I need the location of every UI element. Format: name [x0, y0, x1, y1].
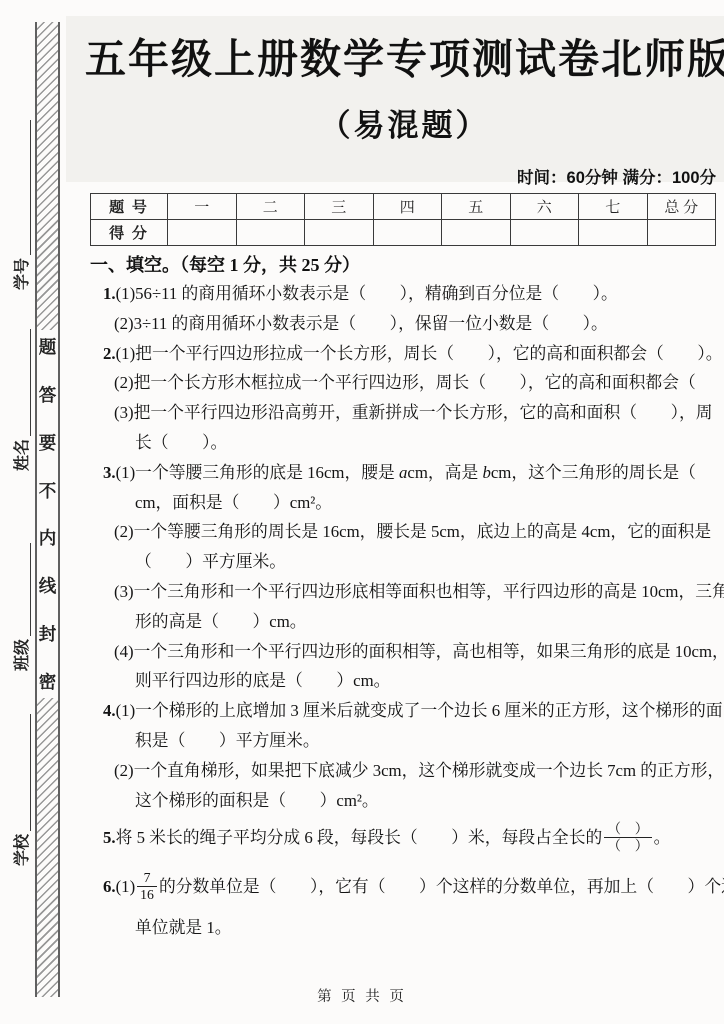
score-table-corner-cell: 题 号: [91, 194, 168, 220]
question-number: 1.: [103, 284, 116, 303]
score-table-col-header: 二: [236, 194, 305, 220]
score-table-header-row: 题 号一二三四五六七总 分: [91, 194, 716, 220]
fraction: （ ）（ ）: [604, 821, 651, 854]
question-line: 积是（ ）平方厘米。: [90, 726, 722, 756]
seal-field-school: 学校: [9, 714, 31, 866]
page-subtitle: （易混题）: [85, 100, 724, 145]
score-table-score-cell: [510, 220, 579, 246]
question-line: 这个梯形的面积是（ ）cm²。: [90, 786, 722, 816]
question-line: 1.(1)56÷11 的商用循环小数表示是（ ），精确到百分位是（ ）。: [90, 279, 722, 309]
score-table-score-cell: [373, 220, 442, 246]
section-heading: 一、填空。（每空 1 分，共 25 分）: [90, 251, 360, 277]
question-line: (2)一个直角梯形，如果把下底减少 3cm，这个梯形就变成一个边长 7cm 的正…: [90, 756, 722, 786]
exam-meta: 时间：60分钟 满分：100分: [517, 164, 716, 188]
blank-line: [24, 120, 31, 255]
seal-field-label: 学校: [9, 834, 32, 866]
seal-line-column: 题答要不内线封密: [35, 22, 60, 997]
question-line: 单位就是 1。: [90, 913, 722, 943]
question-number: 5.: [103, 829, 116, 848]
question-number: 3.: [103, 463, 116, 482]
hatch-pattern-top: [37, 22, 58, 330]
seal-field-label: 学号: [9, 258, 32, 290]
score-table-col-header: 四: [373, 194, 442, 220]
question-line: 2.(1)把一个平行四边形拉成一个长方形，周长（ ），它的高和面积都会（ ）。: [90, 339, 722, 369]
seal-notice-char: 不: [39, 478, 57, 503]
question-line: 长（ ）。: [90, 428, 722, 458]
seal-field-name: 姓名: [9, 329, 31, 471]
question-line: 4.(1)一个梯形的上底增加 3 厘米后就变成了一个边长 6 厘米的正方形，这个…: [90, 696, 722, 726]
question-line: cm，面积是（ ）cm²。: [90, 488, 722, 518]
score-table-score-cell: [305, 220, 374, 246]
score-table-score-cell: [442, 220, 511, 246]
exam-content: 五年级上册数学专项测试卷北师版 （易混题） 时间：60分钟 满分：100分 题 …: [85, 0, 724, 1024]
question-line: (4)一个三角形和一个平行四边形的面积相等，高也相等，如果三角形的底是 10cm…: [90, 637, 722, 667]
hatch-pattern-bottom: [37, 698, 58, 997]
score-table-row-label: 得 分: [91, 220, 168, 246]
exam-page: 学号姓名班级学校 题答要不内线封密 五年级上册数学专项测试卷北师版 （易混题） …: [0, 0, 724, 1024]
question-number: 4.: [103, 701, 116, 720]
score-table-score-cell: [236, 220, 305, 246]
score-table-col-header: 五: [442, 194, 511, 220]
seal-notice-char: 答: [39, 382, 57, 407]
blank-line: [24, 714, 31, 831]
score-table-col-header: 总 分: [647, 194, 716, 220]
question-line: (2)一个等腰三角形的周长是 16cm，腰长是 5cm，底边上的高是 4cm，它…: [90, 517, 722, 547]
score-table-col-header: 一: [168, 194, 237, 220]
score-table-score-row: 得 分: [91, 220, 716, 246]
seal-field-label: 班级: [9, 639, 32, 671]
seal-field-class: 班级: [9, 543, 31, 671]
fraction: 716: [137, 870, 157, 903]
question-line: 6.(1)716的分数单位是（ ），它有（ ）个这样的分数单位，再加上（ ）个这…: [90, 864, 722, 913]
score-table: 题 号一二三四五六七总 分 得 分: [90, 193, 716, 246]
question-line: (2)3÷11 的商用循环小数表示是（ ），保留一位小数是（ ）。: [90, 309, 722, 339]
score-table-col-header: 三: [305, 194, 374, 220]
blank-line: [24, 543, 31, 636]
question-line: (3)一个三角形和一个平行四边形底相等面积也相等，平行四边形的高是 10cm，三…: [90, 577, 722, 607]
score-table-col-header: 七: [579, 194, 648, 220]
question-line: （ ）平方厘米。: [90, 547, 722, 577]
seal-notice-char: 内: [39, 525, 57, 550]
question-line: (2)把一个长方形木框拉成一个平行四边形，周长（ ），它的高和面积都会（ ）。: [90, 368, 722, 398]
seal-field-student-id: 学号: [9, 120, 31, 290]
question-number: 6.: [103, 877, 116, 896]
question-line: 形的高是（ ）cm。: [90, 607, 722, 637]
question-line: 则平行四边形的底是（ ）cm。: [90, 666, 722, 696]
score-table-col-header: 六: [510, 194, 579, 220]
question-number: 2.: [103, 344, 116, 363]
score-table-score-cell: [647, 220, 716, 246]
score-table-score-cell: [168, 220, 237, 246]
score-table-score-cell: [579, 220, 648, 246]
page-title: 五年级上册数学专项测试卷北师版: [85, 26, 724, 85]
seal-notice-char: 线: [39, 573, 57, 598]
seal-notice-char: 题: [39, 334, 57, 359]
seal-notice-char: 要: [39, 430, 57, 455]
blank-line: [24, 329, 31, 436]
seal-notice-char: 密: [39, 669, 57, 694]
question-line: (3)把一个平行四边形沿高剪开，重新拼成一个长方形，它的高和面积（ ），周: [90, 398, 722, 428]
page-footer: 第 页 共 页: [0, 985, 724, 1006]
seal-notice: 题答要不内线封密: [37, 330, 58, 698]
question-line: 3.(1)一个等腰三角形的底是 16cm，腰是 acm，高是 bcm，这个三角形…: [90, 458, 722, 488]
question-line: 5.将 5 米长的绳子平均分成 6 段，每段长（ ）米，每段占全长的（ ）（ ）…: [90, 815, 722, 864]
question-list: 1.(1)56÷11 的商用循环小数表示是（ ），精确到百分位是（ ）。(2)3…: [90, 279, 722, 943]
seal-notice-char: 封: [39, 621, 57, 646]
seal-field-label: 姓名: [9, 439, 32, 471]
